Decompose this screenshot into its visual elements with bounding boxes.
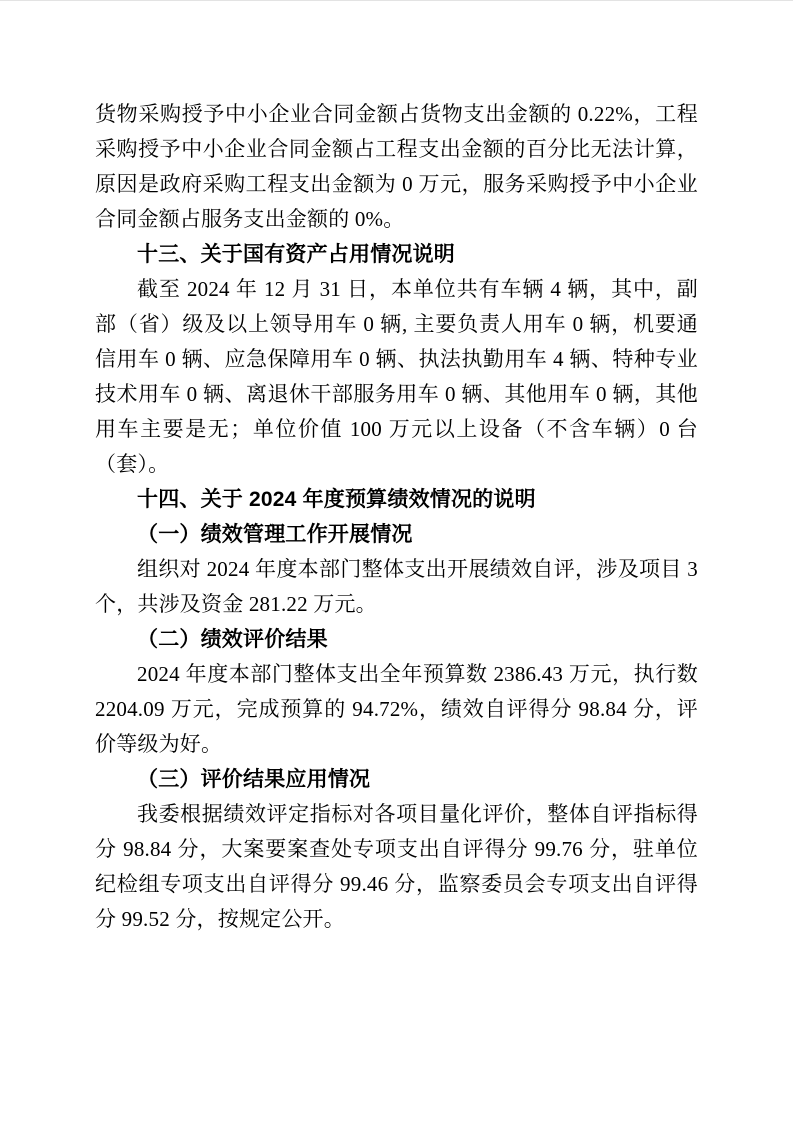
paragraph-self-evaluation-scope: 组织对 2024 年度本部门整体支出开展绩效自评，涉及项目 3 个，共涉及资金 …	[95, 552, 698, 622]
section-heading-13-state-assets: 十三、关于国有资产占用情况说明	[95, 237, 698, 272]
paragraph-procurement-smes-continuation: 货物采购授予中小企业合同金额占货物支出金额的 0.22%，工程采购授予中小企业合…	[95, 97, 698, 237]
section-heading-14-budget-performance: 十四、关于 2024 年度预算绩效情况的说明	[95, 482, 698, 517]
document-page: 货物采购授予中小企业合同金额占货物支出金额的 0.22%，工程采购授予中小企业合…	[0, 0, 793, 1122]
paragraph-project-scores: 我委根据绩效评定指标对各项目量化评价，整体自评指标得分 98.84 分，大案要案…	[95, 797, 698, 937]
paragraph-budget-execution-results: 2024 年度本部门整体支出全年预算数 2386.43 万元，执行数 2204.…	[95, 657, 698, 762]
subsection-heading-1-performance-management: （一）绩效管理工作开展情况	[95, 517, 698, 552]
subsection-heading-2-evaluation-results: （二）绩效评价结果	[95, 622, 698, 657]
subsection-heading-3-results-application: （三）评价结果应用情况	[95, 762, 698, 797]
paragraph-vehicles-and-equipment: 截至 2024 年 12 月 31 日，本单位共有车辆 4 辆，其中，副部（省）…	[95, 272, 698, 482]
document-body: 货物采购授予中小企业合同金额占货物支出金额的 0.22%，工程采购授予中小企业合…	[95, 97, 698, 937]
